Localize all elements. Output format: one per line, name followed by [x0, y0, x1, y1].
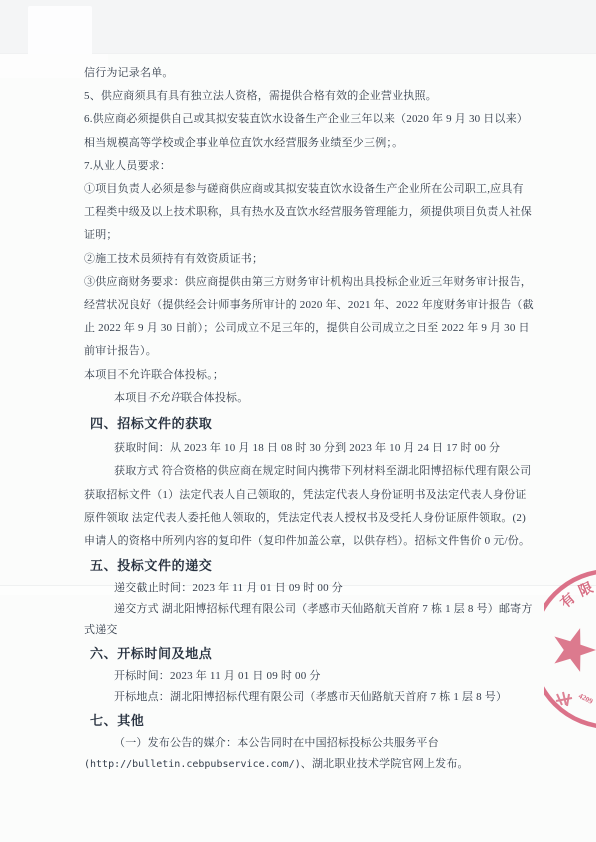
line-requirement-3b: 经营状况良好（提供经会计师事务所审计的 2020 年、2021 年、2022 年…	[84, 294, 540, 317]
line-credit-record: 信行为记录名单。	[84, 62, 540, 85]
line-obtain-method-2: 获取招标文件（1）法定代表人自己领取的，凭法定代表人身份证明书及法定代表人身份证	[84, 484, 540, 507]
heading-section-7-other: 七、其他	[84, 710, 540, 731]
line-requirement-3a: ③供应商财务要求：供应商提供由第三方财务审计机构出具投标企业近三年财务审计报告，	[84, 271, 540, 294]
company-seal-stamp: 有 限 4209	[544, 565, 596, 735]
no-consortium-suffix: 联合体投标。	[181, 392, 248, 404]
seal-arc-char-1: 有	[557, 590, 579, 612]
line-obtain-time: 获取时间：从 2023 年 10 月 18 日 08 时 30 分到 2023 …	[84, 437, 540, 460]
line-requirement-1c: 证明；	[84, 224, 540, 247]
star-icon	[554, 628, 596, 672]
announcement-url-text: (http://bulletin.cebpubservice.com/)	[84, 759, 301, 770]
line-requirement-1a: ①项目负责人必须是参与磋商供应商或其拟安装直饮水设备生产企业所在公司职工,应具有	[84, 178, 540, 201]
no-consortium-emphasis: 不允许	[148, 392, 182, 404]
line-item-6-experience-1: 6.供应商必须提供自己或其拟安装直饮水设备生产企业三年以来（2020 年 9 月…	[84, 108, 540, 131]
line-item-6-experience-2: 相当规模高等学校或企事业单位直饮水经营服务业绩至少三例；。	[84, 132, 540, 155]
line-submission-method-2: 式递交	[84, 620, 540, 641]
line-announcement-media: （一）发布公告的媒介：本公告同时在中国招标投标公共服务平台	[84, 733, 540, 754]
line-no-consortium-2: 本项目不允许联合体投标。	[84, 387, 540, 410]
line-obtain-method-4: 申请人的资格中所列内容的复印件（复印件加盖公章，以供存档）。招标文件售价 0 元…	[84, 530, 540, 553]
line-announcement-url: (http://bulletin.cebpubservice.com/)、湖北职…	[84, 754, 540, 775]
line-submission-deadline: 递交截止时间：2023 年 11 月 01 日 09 时 00 分	[84, 578, 540, 599]
line-requirement-3c: 止 2022 年 9 月 30 日前）；公司成立不足三年的，提供自公司成立之日至…	[84, 317, 540, 340]
line-item-5-legal-person: 5、供应商须具有具有独立法人资格，需提供合格有效的企业营业执照。	[84, 85, 540, 108]
scanned-tender-document-page: { "page": { "paper_color": "#fbfcfb", "i…	[0, 0, 596, 842]
line-opening-place: 开标地点：湖北阳博招标代理有限公司（孝感市天仙路航天首府 7 栋 1 层 8 号…	[84, 687, 540, 708]
line-requirement-1b: 工程类中级及以上技术职称，具有热水及直饮水经营服务管理能力，须提供项目负责人社保	[84, 201, 540, 224]
line-requirement-3d: 前审计报告）。	[84, 340, 540, 363]
heading-section-5-bid-submission: 五、投标文件的递交	[84, 555, 540, 576]
seal-blob-mark	[556, 692, 572, 706]
heading-section-4-obtain-documents: 四、招标文件的获取	[84, 412, 540, 435]
heading-section-6-bid-opening: 六、开标时间及地点	[84, 643, 540, 664]
line-obtain-method-3: 原件领取 法定代表人委托他人领取的，凭法定代表人授权书及受托人身份证原件领取。(…	[84, 507, 540, 530]
line-submission-method-1: 递交方式 湖北阳博招标代理有限公司（孝感市天仙路航天首府 7 栋 1 层 8 号…	[84, 599, 540, 620]
no-consortium-prefix: 本项目	[114, 392, 148, 404]
document-text-column: 信行为记录名单。 5、供应商须具有具有独立法人资格，需提供合格有效的企业营业执照…	[84, 62, 540, 775]
line-no-consortium-1: 本项目不允许联合体投标。；	[84, 364, 540, 387]
seal-arc-char-2: 限	[576, 579, 596, 600]
line-obtain-method-1: 获取方式 符合资格的供应商在规定时间内携带下列材料至湖北阳博招标代理有限公司	[84, 460, 540, 483]
line-item-7-personnel: 7.从业人员要求：	[84, 155, 540, 178]
line-requirement-2: ②施工技术员须持有有效资质证书；	[84, 248, 540, 271]
line-opening-time: 开标时间：2023 年 11 月 01 日 09 时 00 分	[84, 666, 540, 687]
announcement-url-suffix: 、湖北职业技术学院官网上发布。	[301, 758, 469, 770]
seal-serial: 4209	[577, 691, 595, 706]
